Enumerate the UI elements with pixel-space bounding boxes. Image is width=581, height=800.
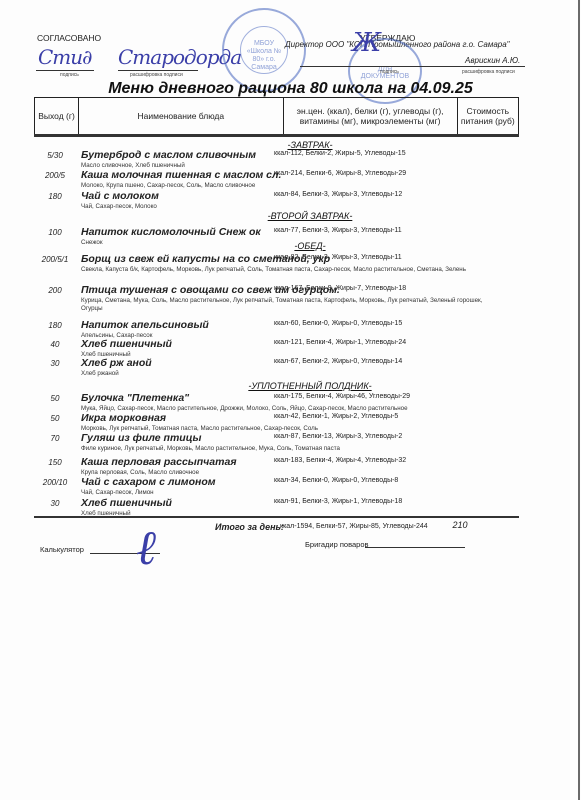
item-nutrition: ккал-175, Белки-4, Жиры-46, Углеводы-29: [274, 393, 410, 400]
item-ingredients: Курица, Сметана, Мука, Соль, Масло расти…: [81, 297, 501, 313]
right-sign-caption: подпись: [380, 69, 399, 75]
item-ingredients: Филе куриное, Лук репчатый, Морковь, Мас…: [81, 445, 501, 453]
left-sign-line: [36, 70, 94, 71]
item-nutrition: ккал-42, Белки-1, Жиры-2, Углеводы-5: [274, 413, 398, 420]
item-dish-name: Бутерброд с маслом сливочным: [81, 149, 256, 161]
total-label: Итого за день:: [215, 522, 284, 532]
item-nutrition: ккал-77, Белки-3, Жиры-3, Углеводы-11: [274, 227, 402, 234]
total-divider: [34, 516, 519, 518]
header-cost: Стоимость питания (руб): [457, 98, 518, 135]
item-ingredients: Чай, Сахар-песок, Молоко: [81, 203, 501, 211]
item-ingredients: Свекла, Капуста б/к, Картофель, Морковь,…: [81, 266, 501, 274]
section-heading: -ВТОРОЙ ЗАВТРАК-: [200, 211, 420, 221]
header-yield: Выход (г): [35, 98, 79, 135]
item-dish-name: Каша перловая рассыпчатая: [81, 456, 237, 468]
total-cost: 210: [440, 520, 480, 530]
item-dish-name: Чай с молоком: [81, 190, 159, 202]
left-decode-caption: расшифровка подписи: [130, 72, 183, 78]
approved-label: СОГЛАСОВАНО: [37, 33, 101, 43]
page-edge: [578, 0, 580, 800]
section-heading: -ОБЕД-: [200, 241, 420, 251]
item-dish-name: Напиток кисломолочный Снеж ок: [81, 226, 261, 238]
page-title: Меню дневного рациона 80 школа на 04.09.…: [0, 80, 581, 98]
item-yield: 200: [34, 286, 76, 295]
item-nutrition: ккал-91, Белки-3, Жиры-1, Углеводы-18: [274, 498, 402, 505]
item-ingredients: Чай, Сахар-песок, Лимон: [81, 489, 501, 497]
item-dish-name: Хлеб пшеничный: [81, 497, 172, 509]
right-sign-line: [300, 66, 525, 67]
header-nutrition: эн.цен. (ккал), белки (г), углеводы (г),…: [283, 98, 457, 135]
item-dish-name: Хлеб рж аной: [81, 357, 152, 369]
director-name: Аврискин А.Ю.: [465, 56, 520, 65]
total-nutrition: ккал-1594, Белки-57, Жиры-85, Углеводы-2…: [280, 523, 428, 530]
item-nutrition: ккал-60, Белки-0, Жиры-0, Углеводы-15: [274, 320, 402, 327]
item-nutrition: ккал-121, Белки-4, Жиры-1, Углеводы-24: [274, 339, 406, 346]
header-dish: Наименование блюда: [79, 98, 284, 135]
item-yield: 180: [34, 321, 76, 330]
brigadier-label: Бригадир поваров: [305, 540, 368, 549]
calculator-signature-scribble: ℓ: [136, 520, 155, 576]
calculator-label: Калькулятор: [40, 545, 84, 554]
item-dish-name: Хлеб пшеничный: [81, 338, 172, 350]
item-nutrition: ккал-82, Белки-3, Жиры-3, Углеводы-11: [274, 254, 402, 261]
item-yield: 200/10: [34, 478, 76, 487]
left-decode-line: [118, 70, 198, 71]
header-divider: [34, 134, 519, 137]
item-dish-name: Чай с сахаром с лимоном: [81, 476, 216, 488]
item-yield: 200/5: [34, 171, 76, 180]
item-dish-name: Булочка "Плетенка": [81, 392, 189, 404]
item-yield: 150: [34, 458, 76, 467]
item-ingredients: Хлеб ржаной: [81, 370, 501, 378]
item-nutrition: ккал-167, Белки-9, Жиры-7, Углеводы-18: [274, 285, 406, 292]
item-nutrition: ккал-214, Белки-6, Жиры-8, Углеводы-29: [274, 170, 406, 177]
right-decode-caption: расшифровка подписи: [462, 69, 515, 75]
right-signature-scribble: Ж: [352, 28, 380, 58]
section-heading: -УПЛОТНЕННЫЙ ПОЛДНИК-: [200, 381, 420, 391]
item-yield: 100: [34, 228, 76, 237]
item-dish-name: Каша молочная пшенная с маслом сл.: [81, 169, 281, 181]
item-yield: 200/5/1: [34, 255, 76, 264]
brigadier-sign-line: [365, 547, 465, 548]
item-nutrition: ккал-87, Белки-13, Жиры-3, Углеводы-2: [274, 433, 402, 440]
item-yield: 30: [34, 359, 76, 368]
left-signature-scribble: Сти∂: [38, 45, 92, 69]
item-nutrition: ккал-84, Белки-3, Жиры-3, Углеводы-12: [274, 191, 402, 198]
item-yield: 50: [34, 394, 76, 403]
item-nutrition: ккал-112, Белки-2, Жиры-5, Углеводы-15: [274, 150, 406, 157]
item-yield: 5/30: [34, 151, 76, 160]
item-nutrition: ккал-34, Белки-0, Жиры-0, Углеводы-8: [274, 477, 398, 484]
item-dish-name: Напиток апельсиновый: [81, 319, 209, 331]
item-nutrition: ккал-67, Белки-2, Жиры-0, Углеводы-14: [274, 358, 402, 365]
item-yield: 40: [34, 340, 76, 349]
item-ingredients: Молоко, Крупа пшено, Сахар-песок, Соль, …: [81, 182, 501, 190]
left-sign-caption: подпись: [60, 72, 79, 78]
item-dish-name: Икра морковная: [81, 412, 166, 424]
item-dish-name: Гуляш из филе птицы: [81, 432, 201, 444]
item-yield: 70: [34, 434, 76, 443]
menu-table-header: Выход (г) Наименование блюда эн.цен. (кк…: [34, 97, 519, 135]
item-yield: 50: [34, 414, 76, 423]
item-yield: 180: [34, 192, 76, 201]
item-yield: 30: [34, 499, 76, 508]
item-nutrition: ккал-183, Белки-4, Жиры-4, Углеводы-32: [274, 457, 406, 464]
